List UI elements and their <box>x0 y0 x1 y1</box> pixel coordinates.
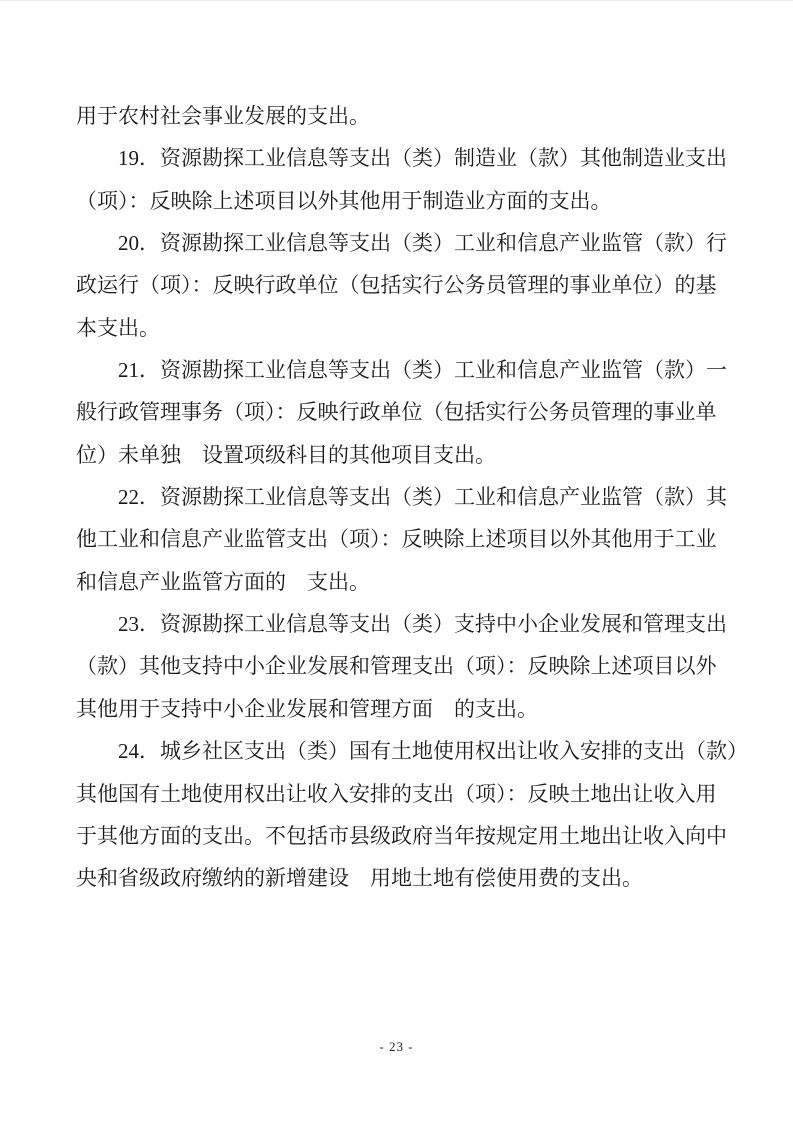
page-number: - 23 - <box>379 1039 413 1054</box>
page-footer: - 23 - <box>0 1037 793 1057</box>
text-line: 于其他方面的支出。不包括市县级政府当年按规定用土地出让收入向中 <box>76 815 756 857</box>
text-line: 24．城乡社区支出（类）国有土地使用权出让收入安排的支出（款） <box>76 730 756 772</box>
text-line: 20．资源勘探工业信息等支出（类）工业和信息产业监管（款）行 <box>76 222 756 264</box>
text-line: 位）未单独 设置项级科目的其他项目支出。 <box>76 434 756 476</box>
text-line: 22．资源勘探工业信息等支出（类）工业和信息产业监管（款）其 <box>76 476 756 518</box>
text-line: 其他用于支持中小企业发展和管理方面 的支出。 <box>76 688 756 730</box>
text-line: 本支出。 <box>76 307 756 349</box>
text-line: 19．资源勘探工业信息等支出（类）制造业（款）其他制造业支出 <box>76 137 756 179</box>
text-line: 和信息产业监管方面的 支出。 <box>76 561 756 603</box>
text-line: 他工业和信息产业监管支出（项）：反映除上述项目以外其他用于工业 <box>76 518 756 560</box>
text-line: 其他国有土地使用权出让收入安排的支出（项）：反映土地出让收入用 <box>76 773 756 815</box>
text-line: （款）其他支持中小企业发展和管理支出（项）：反映除上述项目以外 <box>76 645 756 687</box>
text-line: 央和省级政府缴纳的新增建设 用地土地有偿使用费的支出。 <box>76 857 756 899</box>
text-line: 般行政管理事务（项）：反映行政单位（包括实行公务员管理的事业单 <box>76 391 756 433</box>
text-line: 23．资源勘探工业信息等支出（类）支持中小企业发展和管理支出 <box>76 603 756 645</box>
text-line: （项）：反映除上述项目以外其他用于制造业方面的支出。 <box>76 180 756 222</box>
text-line: 用于农村社会事业发展的支出。 <box>76 95 756 137</box>
text-line: 21．资源勘探工业信息等支出（类）工业和信息产业监管（款）一 <box>76 349 756 391</box>
text-line: 政运行（项）：反映行政单位（包括实行公务员管理的事业单位）的基 <box>76 264 756 306</box>
document-page: 用于农村社会事业发展的支出。 19．资源勘探工业信息等支出（类）制造业（款）其他… <box>0 0 793 1122</box>
document-body: 用于农村社会事业发展的支出。 19．资源勘探工业信息等支出（类）制造业（款）其他… <box>76 95 756 900</box>
